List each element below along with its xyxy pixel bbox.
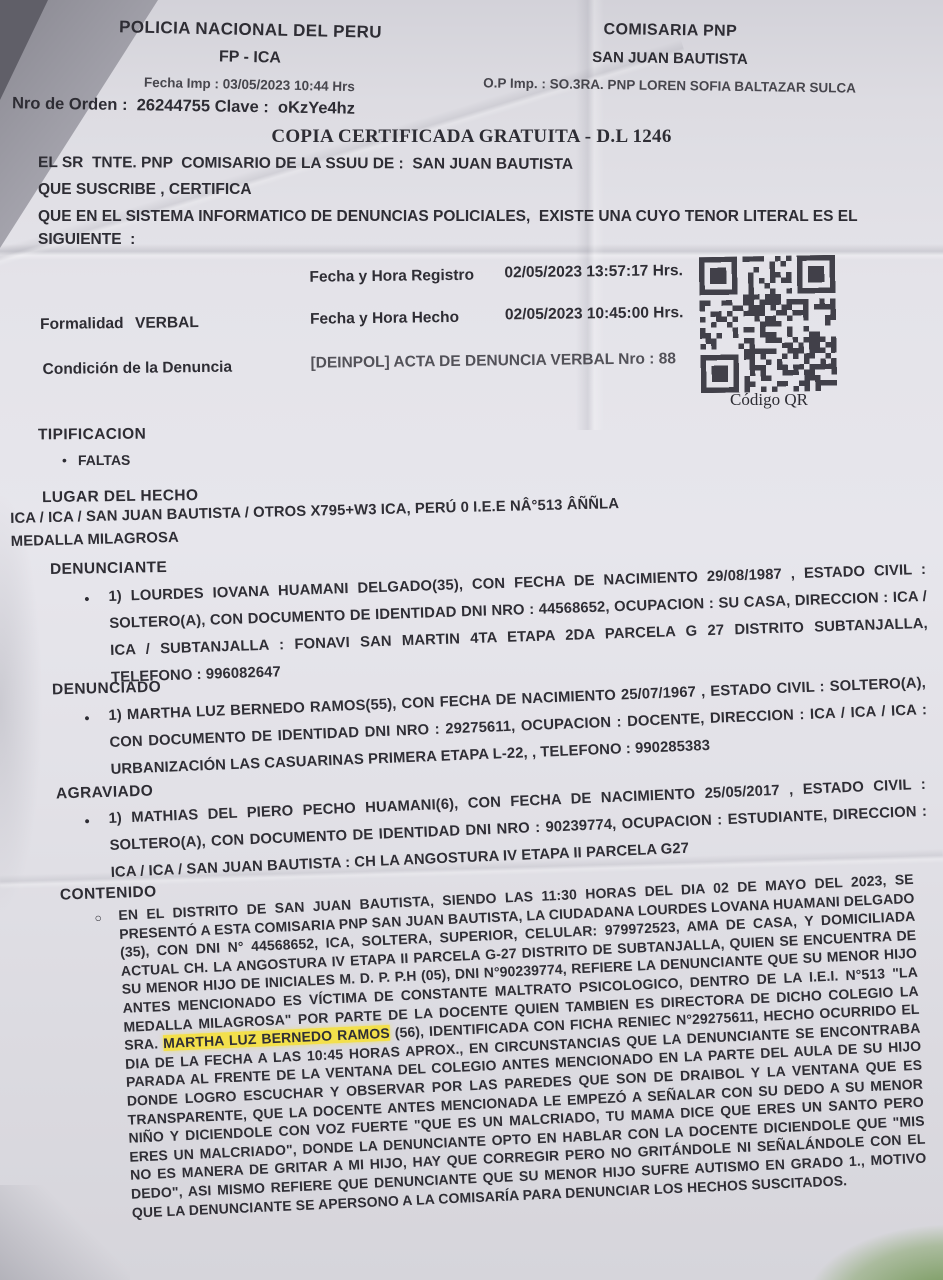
contenido-text: ○EN EL DISTRITO DE SAN JUAN BAUTISTA, SI…	[118, 870, 928, 1222]
formalidad-value: VERBAL	[135, 314, 199, 333]
fecha-registro-label: Fecha y Hora Registro	[309, 267, 474, 287]
formalidad-label: Formalidad	[40, 315, 124, 334]
denunciante-heading: DENUNCIANTE	[50, 559, 168, 579]
fecha-registro-value: 02/05/2023 13:57:17 Hrs.	[504, 262, 683, 282]
tipificacion-item: FALTAS	[78, 452, 130, 468]
tipificacion-heading: TIPIFICACION	[38, 426, 146, 445]
condicion-value: [DEINPOL] ACTA DE DENUNCIA VERBAL Nro : …	[310, 350, 676, 372]
denunciado-bullet: •	[84, 705, 90, 732]
contenido-bullet: ○	[94, 909, 102, 928]
qr-caption: Código QR	[694, 390, 844, 410]
fecha-hecho-value: 02/05/2023 10:45:00 Hrs.	[505, 304, 684, 324]
contenido-heading: CONTENIDO	[60, 883, 157, 904]
denunciado-heading: DENUNCIADO	[52, 679, 161, 700]
qr-code	[696, 255, 840, 393]
tipificacion-bullet: •	[62, 452, 67, 468]
denunciante-bullet: •	[84, 586, 90, 613]
fecha-hecho-label: Fecha y Hora Hecho	[310, 309, 459, 329]
condicion-label: Condición de la Denuncia	[43, 359, 233, 379]
agraviado-heading: AGRAVIADO	[56, 782, 154, 803]
paper-corner-shadow	[0, 1185, 130, 1280]
photographed-police-report: POLICIA NACIONAL DEL PERU FP - ICA Fecha…	[0, 0, 943, 1280]
agraviado-bullet: •	[84, 808, 90, 835]
